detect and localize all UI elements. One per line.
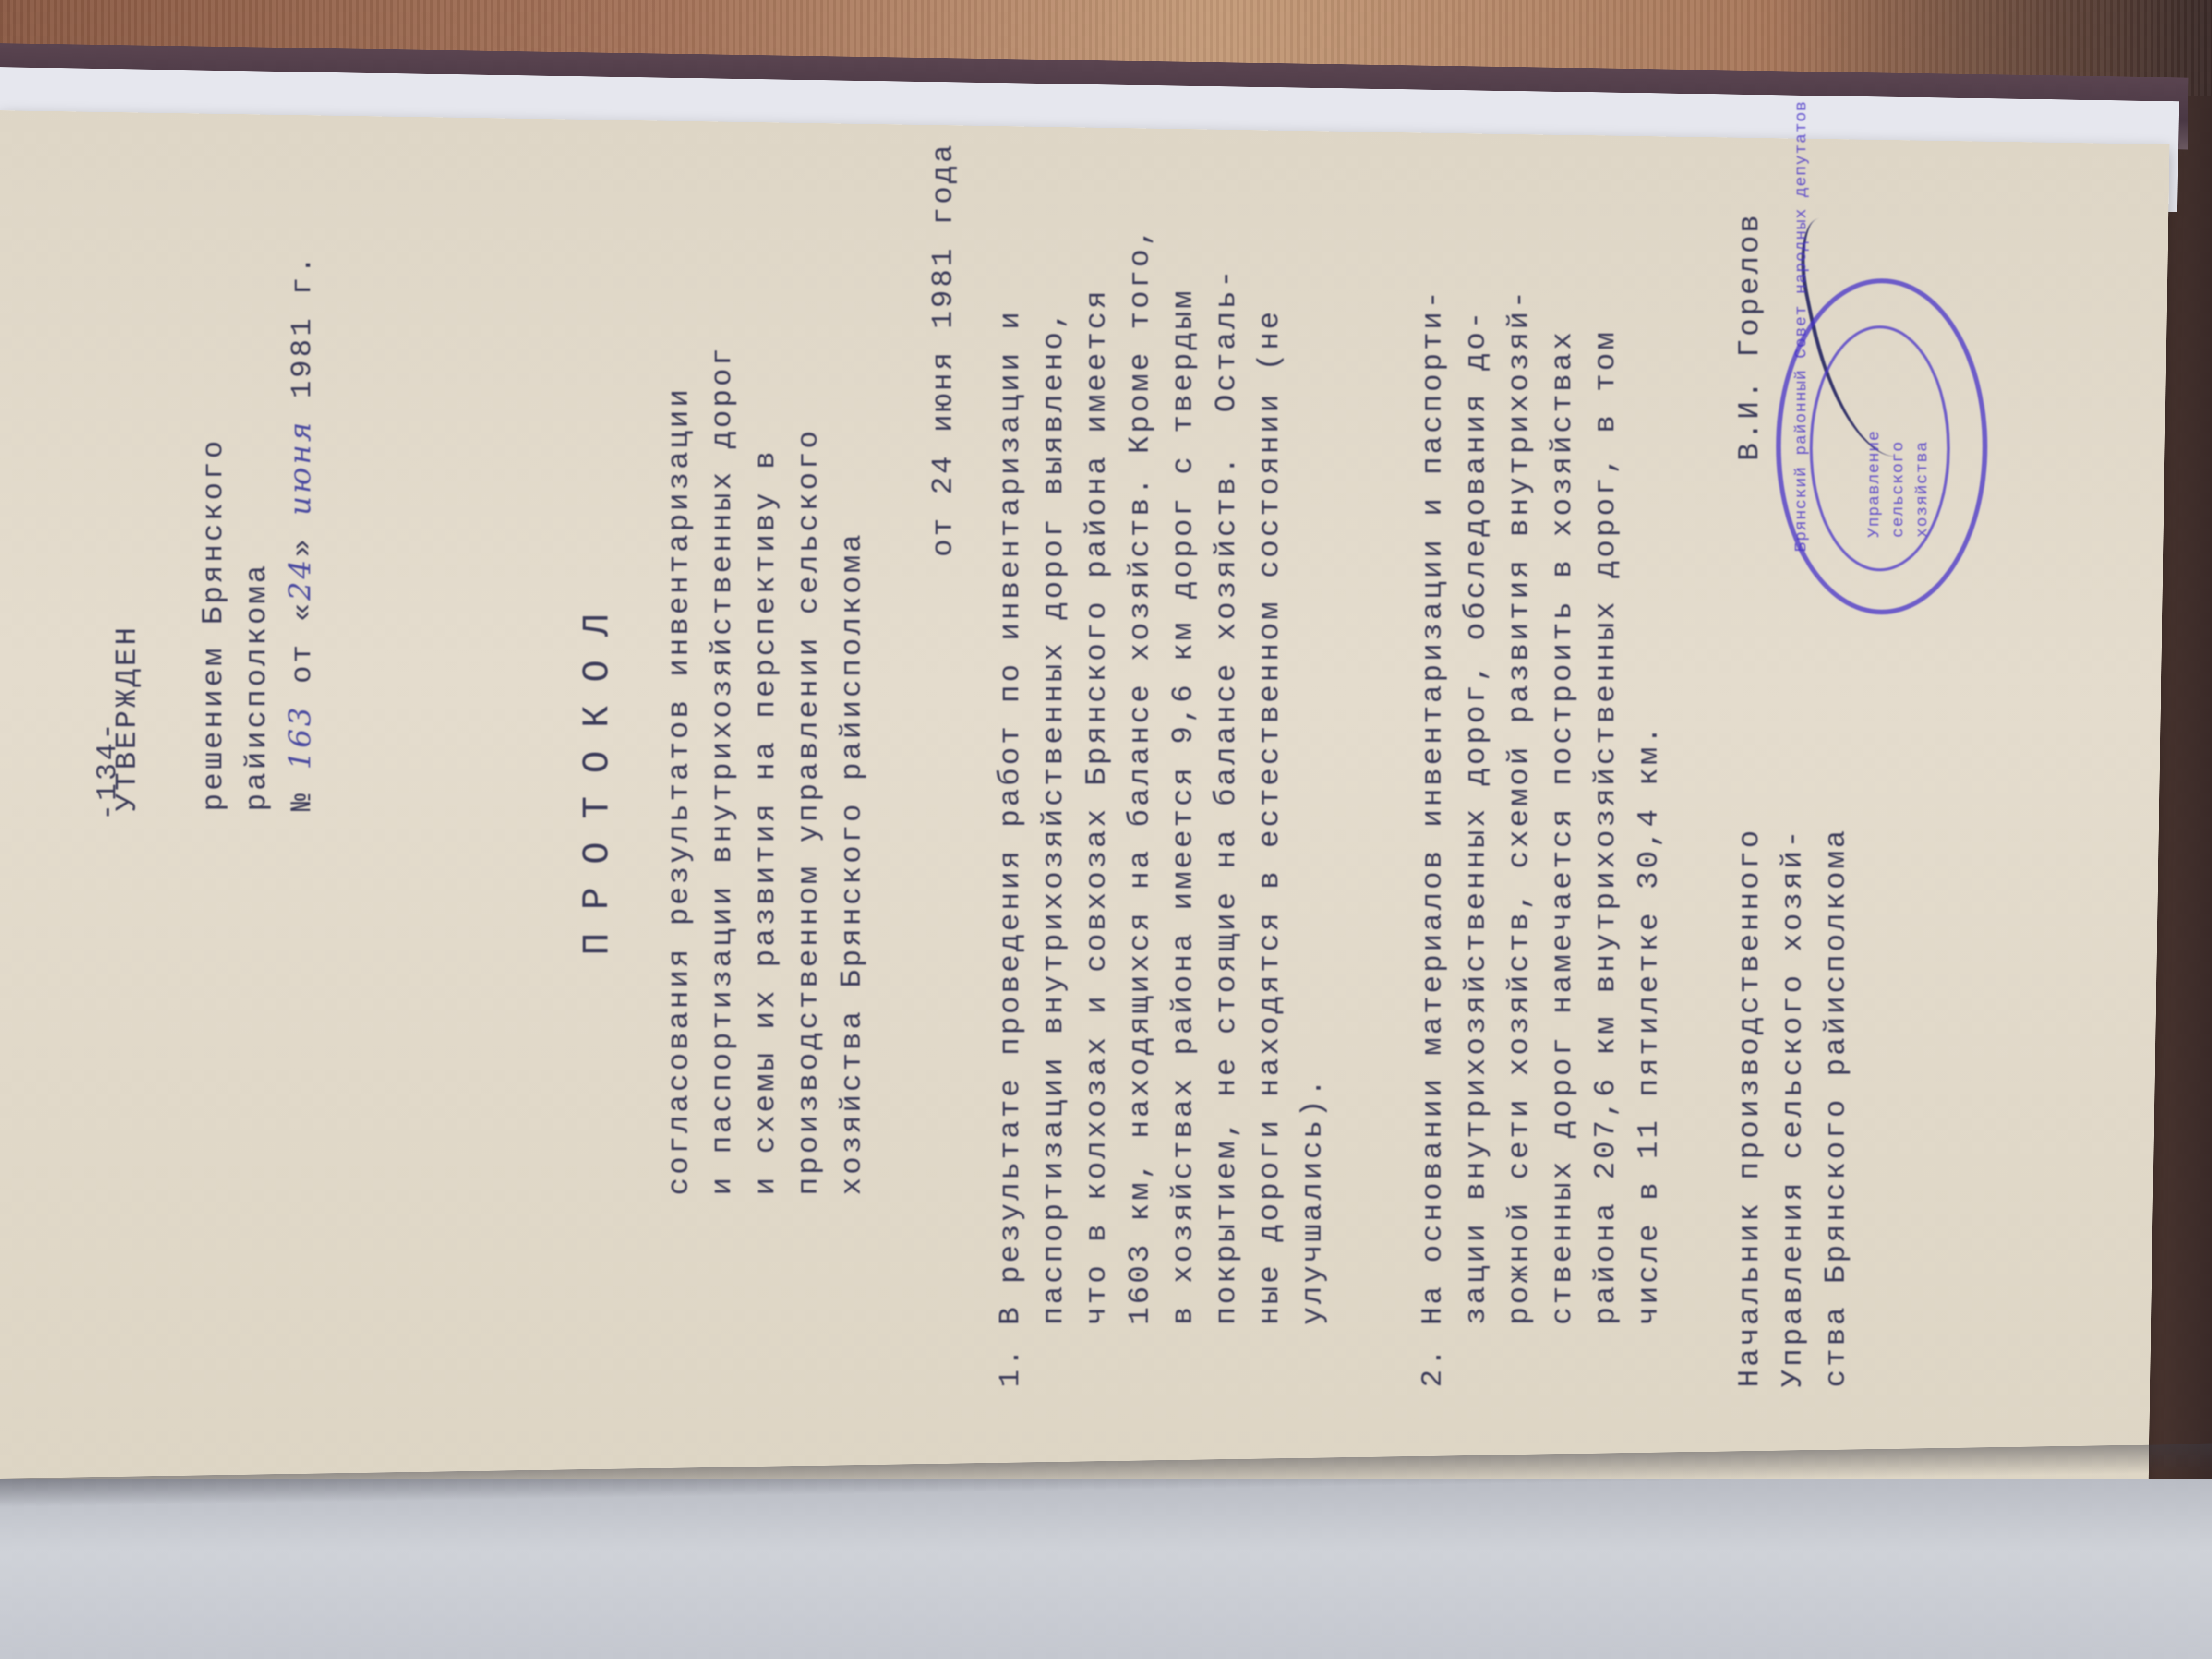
approval-line-3: № 163 от «24» июня 1981 г. (278, 253, 324, 811)
subtitle-line: производственном управлении сельского (787, 345, 830, 1195)
subtitle-line: и паспортизации внутрихозяйственных доро… (701, 345, 744, 1195)
approval-line-2: райисполкома (235, 253, 278, 811)
document-content: -134- УТВЕРЖДЕН решением Брянского райис… (106, 115, 1834, 1459)
protocol-date: от 24 июня 1981 года (922, 142, 965, 557)
approval-label: УТВЕРЖДЕН (106, 253, 149, 811)
paragraph-2: 2. На основании материалов инвентаризаци… (1411, 91, 1671, 1387)
stamp-center-line: хозяйства (1901, 441, 1944, 538)
approval-month: июня (282, 419, 317, 515)
decision-number: 163 (282, 704, 317, 769)
subtitle-line: согласования результатов инвентаризации (658, 345, 701, 1195)
paragraph-number: 1. (993, 1346, 1027, 1387)
document-title: ПРОТОКОЛ (576, 591, 619, 955)
stamp-rim-text: Брянский районный Совет народных депутат… (1780, 100, 1823, 552)
document-subtitle: согласования результатов инвентаризации … (658, 345, 874, 1195)
subtitle-line: и схемы их развития на перспективу в (744, 345, 787, 1195)
signatory-name: В.И. Горелов (1728, 212, 1771, 461)
paragraph-number: 2. (1416, 1346, 1450, 1387)
approval-day: 24 (282, 557, 317, 601)
official-stamp: Брянский районный Совет народных депутат… (1776, 278, 1987, 614)
paragraph-1: 1. В результате проведения работ по инве… (989, 91, 1334, 1387)
approval-line-1: решением Брянского (192, 253, 235, 811)
facing-page (0, 1479, 2212, 1659)
approval-block: УТВЕРЖДЕН решением Брянского райисполком… (106, 253, 324, 811)
subtitle-line: хозяйства Брянского райисполкома (830, 345, 874, 1195)
